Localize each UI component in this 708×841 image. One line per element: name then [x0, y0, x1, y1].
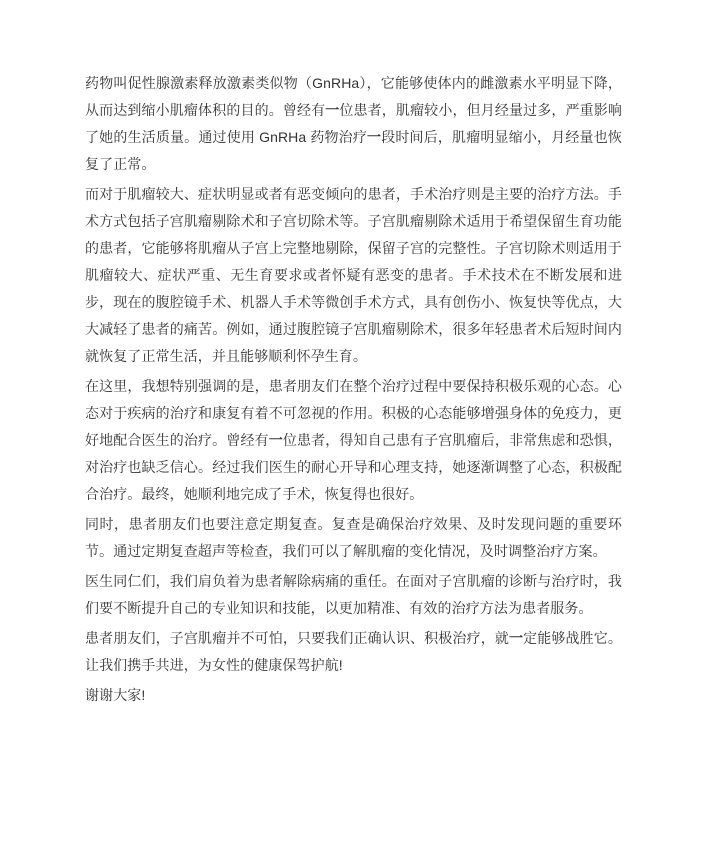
paragraph-doctors-duty: 医生同仁们，我们肩负着为患者解除病痛的重任。在面对子宫肌瘤的诊断与治疗时，我们要…: [85, 568, 622, 622]
paragraph-drug-treatment: 药物叫促性腺激素释放激素类似物（GnRHa），它能够使体内的雌激素水平明显下降，…: [85, 70, 622, 178]
paragraph-encouragement: 患者朋友们，子宫肌瘤并不可怕，只要我们正确认识、积极治疗，就一定能够战胜它。让我…: [85, 625, 622, 679]
paragraph-positive-mindset: 在这里，我想特别强调的是，患者朋友们在整个治疗过程中要保持积极乐观的心态。心态对…: [85, 373, 622, 508]
paragraph-surgery-options: 而对于肌瘤较大、症状明显或者有恶变倾向的患者，手术治疗则是主要的治疗方法。手术方…: [85, 181, 622, 370]
document-body: 药物叫促性腺激素释放激素类似物（GnRHa），它能够使体内的雌激素水平明显下降，…: [85, 70, 622, 712]
paragraph-regular-checkup: 同时，患者朋友们也要注意定期复查。复查是确保治疗效果、及时发现问题的重要环节。通…: [85, 511, 622, 565]
paragraph-thanks: 谢谢大家!: [85, 682, 622, 709]
document-page: 药物叫促性腺激素释放激素类似物（GnRHa），它能够使体内的雌激素水平明显下降，…: [0, 0, 708, 841]
